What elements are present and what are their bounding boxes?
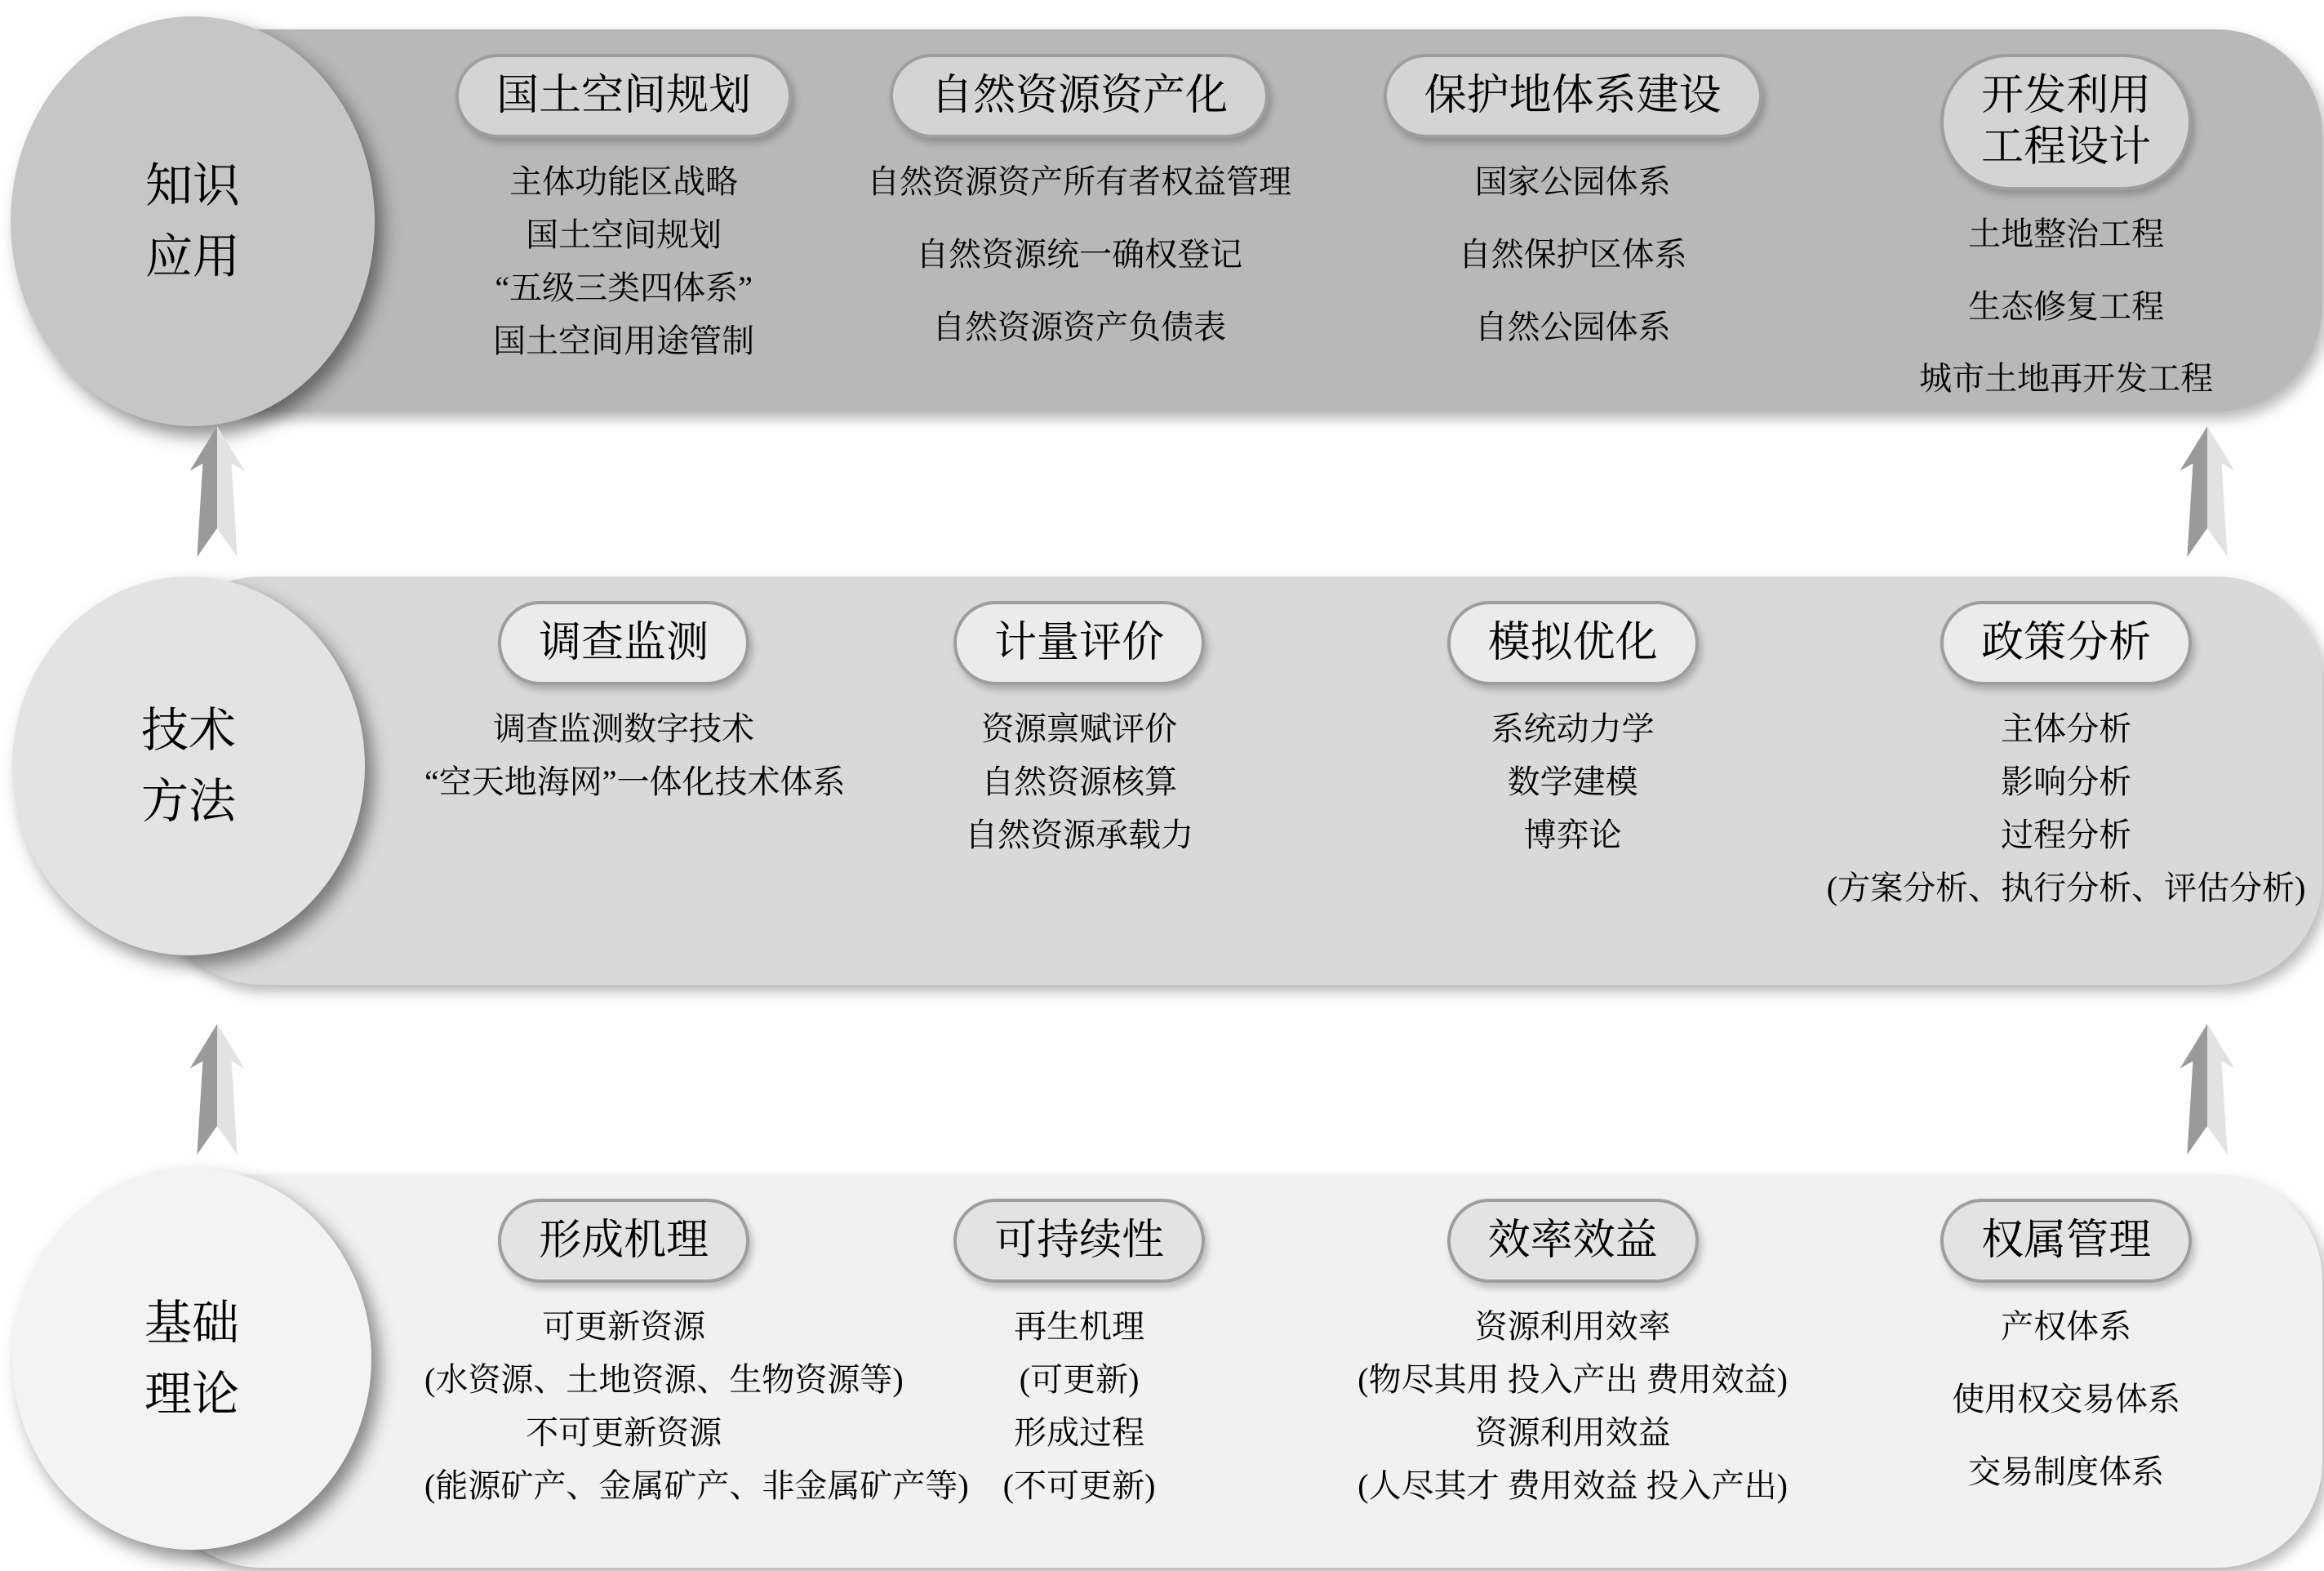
circle-label-line: 技术: [141, 695, 236, 766]
circle-label: 技术 方法: [141, 695, 236, 837]
list-item: 博弈论: [1335, 809, 1810, 862]
pill-natural-resource-capitalization: 自然资源资产化: [890, 54, 1269, 138]
column-territorial-spatial-planning: 国土空间规划 主体功能区战略 国土空间规划 “五级三类四体系” 国土空间用途管制: [424, 54, 823, 406]
pill-simulation-optimization: 模拟优化: [1447, 601, 1699, 685]
column-formation-mechanism: 形成机理 可更新资源 (水资源、土地资源、生物资源等) 不可更新资源 (能源矿产…: [424, 1199, 823, 1513]
pill-policy-analysis: 政策分析: [1940, 601, 2192, 685]
list-item: “五级三类四体系”: [424, 262, 823, 315]
circle-label-line: 理论: [144, 1359, 239, 1430]
list-item: 国家公园体系: [1335, 156, 1810, 209]
circle-label-line: 应用: [145, 221, 240, 292]
list-item: 资源利用效益: [1335, 1407, 1810, 1460]
list-item: 资源利用效率: [1335, 1301, 1810, 1354]
item-list: 主体分析 影响分析 过程分析 (方案分析、执行分析、评估分析): [1810, 703, 2322, 915]
list-item: 资源禀赋评价: [823, 703, 1335, 756]
band-columns: 国土空间规划 主体功能区战略 国土空间规划 “五级三类四体系” 国土空间用途管制…: [424, 29, 2322, 406]
column-efficiency-benefit: 效率效益 资源利用效率 (物尽其用 投入产出 费用效益) 资源利用效益 (人尽其…: [1335, 1199, 1810, 1513]
band-columns: 形成机理 可更新资源 (水资源、土地资源、生物资源等) 不可更新资源 (能源矿产…: [424, 1174, 2322, 1513]
item-list: 资源利用效率 (物尽其用 投入产出 费用效益) 资源利用效益 (人尽其才 费用效…: [1335, 1301, 1810, 1512]
circle-label: 基础 理论: [144, 1288, 239, 1430]
item-list: 系统动力学 数学建模 博弈论: [1335, 703, 1810, 861]
list-item: 可更新资源: [424, 1301, 823, 1354]
item-list: 调查监测数字技术 “空天地海网”一体化技术体系: [424, 703, 823, 809]
up-arrow-icon: [181, 423, 253, 560]
list-item: (方案分析、执行分析、评估分析): [1810, 862, 2322, 915]
list-item: 自然资源核算: [823, 756, 1335, 809]
band-knowledge-application: 国土空间规划 主体功能区战略 国土空间规划 “五级三类四体系” 国土空间用途管制…: [155, 29, 2322, 412]
column-survey-monitoring: 调查监测 调查监测数字技术 “空天地海网”一体化技术体系: [424, 601, 823, 915]
list-item: (可更新): [823, 1354, 1335, 1407]
column-natural-resource-capitalization: 自然资源资产化 自然资源资产所有者权益管理 自然资源统一确权登记 自然资源资产负…: [823, 54, 1335, 406]
list-item: 主体分析: [1810, 703, 2322, 756]
pill-formation-mechanism: 形成机理: [498, 1199, 749, 1283]
column-quantitative-evaluation: 计量评价 资源禀赋评价 自然资源核算 自然资源承载力: [823, 601, 1335, 915]
list-item: 土地整治工程: [1810, 208, 2322, 261]
list-item: 生态修复工程: [1810, 281, 2322, 334]
list-item: (物尽其用 投入产出 费用效益): [1335, 1354, 1810, 1407]
circle-label-line: 方法: [141, 766, 236, 837]
pill-protected-area-system: 保护地体系建设: [1384, 54, 1762, 138]
list-item: 交易制度体系: [1810, 1446, 2322, 1499]
list-item: (不可更新): [823, 1460, 1335, 1513]
circle-label: 知识 应用: [145, 150, 240, 292]
item-list: 产权体系 使用权交易体系 交易制度体系: [1810, 1301, 2322, 1498]
up-arrow-icon: [2171, 423, 2243, 560]
list-item: 形成过程: [823, 1407, 1335, 1460]
list-item: 影响分析: [1810, 756, 2322, 809]
item-list: 可更新资源 (水资源、土地资源、生物资源等) 不可更新资源 (能源矿产、金属矿产…: [424, 1301, 823, 1512]
list-item: 使用权交易体系: [1810, 1373, 2322, 1426]
list-item: 主体功能区战略: [424, 156, 823, 209]
list-item: 国土空间用途管制: [424, 315, 823, 368]
list-item: 自然资源统一确权登记: [823, 229, 1335, 282]
band-columns: 调查监测 调查监测数字技术 “空天地海网”一体化技术体系 计量评价 资源禀赋评价…: [424, 576, 2322, 915]
column-policy-analysis: 政策分析 主体分析 影响分析 过程分析 (方案分析、执行分析、评估分析): [1810, 601, 2322, 915]
list-item: 过程分析: [1810, 809, 2322, 862]
circle-label-line: 基础: [144, 1288, 239, 1359]
list-item: 自然资源承载力: [823, 809, 1335, 862]
list-item: (人尽其才 费用效益 投入产出): [1335, 1460, 1810, 1513]
pill-territorial-spatial-planning: 国土空间规划: [455, 54, 792, 138]
circle-label-line: 知识: [145, 150, 240, 221]
list-item: 城市土地再开发工程: [1810, 353, 2322, 406]
circle-knowledge-application: 知识 应用: [11, 16, 375, 426]
pill-efficiency-benefit: 效率效益: [1447, 1199, 1699, 1283]
pill-ownership-management: 权属管理: [1940, 1199, 2192, 1283]
list-item: 不可更新资源: [424, 1407, 823, 1460]
list-item: 系统动力学: [1335, 703, 1810, 756]
column-protected-area-system: 保护地体系建设 国家公园体系 自然保护区体系 自然公园体系: [1335, 54, 1810, 406]
up-arrow-icon: [181, 1021, 253, 1158]
item-list: 再生机理 (可更新) 形成过程 (不可更新): [823, 1301, 1335, 1512]
list-item: (水资源、土地资源、生物资源等): [424, 1354, 823, 1407]
list-item: 国土空间规划: [424, 209, 823, 262]
list-item: 再生机理: [823, 1301, 1335, 1354]
list-item: 自然资源资产所有者权益管理: [823, 156, 1335, 209]
pill-survey-monitoring: 调查监测: [498, 601, 749, 685]
item-list: 资源禀赋评价 自然资源核算 自然资源承载力: [823, 703, 1335, 861]
column-development-engineering-design: 开发利用 工程设计 土地整治工程 生态修复工程 城市土地再开发工程: [1810, 54, 2322, 406]
list-item: “空天地海网”一体化技术体系: [424, 756, 823, 809]
list-item: 自然保护区体系: [1335, 229, 1810, 282]
circle-technical-methods: 技术 方法: [12, 576, 365, 955]
column-ownership-management: 权属管理 产权体系 使用权交易体系 交易制度体系: [1810, 1199, 2322, 1513]
item-list: 自然资源资产所有者权益管理 自然资源统一确权登记 自然资源资产负债表: [823, 156, 1335, 354]
column-simulation-optimization: 模拟优化 系统动力学 数学建模 博弈论: [1335, 601, 1810, 915]
list-item: (能源矿产、金属矿产、非金属矿产等): [424, 1460, 823, 1513]
pill-quantitative-evaluation: 计量评价: [953, 601, 1205, 685]
list-item: 产权体系: [1810, 1301, 2322, 1354]
item-list: 主体功能区战略 国土空间规划 “五级三类四体系” 国土空间用途管制: [424, 156, 823, 367]
pill-sustainability: 可持续性: [953, 1199, 1205, 1283]
band-basic-theory: 形成机理 可更新资源 (水资源、土地资源、生物资源等) 不可更新资源 (能源矿产…: [155, 1174, 2322, 1568]
list-item: 调查监测数字技术: [424, 703, 823, 756]
band-technical-methods: 调查监测 调查监测数字技术 “空天地海网”一体化技术体系 计量评价 资源禀赋评价…: [155, 576, 2322, 985]
list-item: 自然资源资产负债表: [823, 301, 1335, 354]
circle-basic-theory: 基础 理论: [12, 1168, 371, 1550]
item-list: 土地整治工程 生态修复工程 城市土地再开发工程: [1810, 208, 2322, 406]
list-item: 自然公园体系: [1335, 301, 1810, 354]
list-item: 数学建模: [1335, 756, 1810, 809]
pill-development-engineering-design: 开发利用 工程设计: [1940, 54, 2192, 190]
column-sustainability: 可持续性 再生机理 (可更新) 形成过程 (不可更新): [823, 1199, 1335, 1513]
diagram-canvas: 国土空间规划 主体功能区战略 国土空间规划 “五级三类四体系” 国土空间用途管制…: [0, 0, 2324, 1571]
item-list: 国家公园体系 自然保护区体系 自然公园体系: [1335, 156, 1810, 354]
up-arrow-icon: [2171, 1021, 2243, 1158]
